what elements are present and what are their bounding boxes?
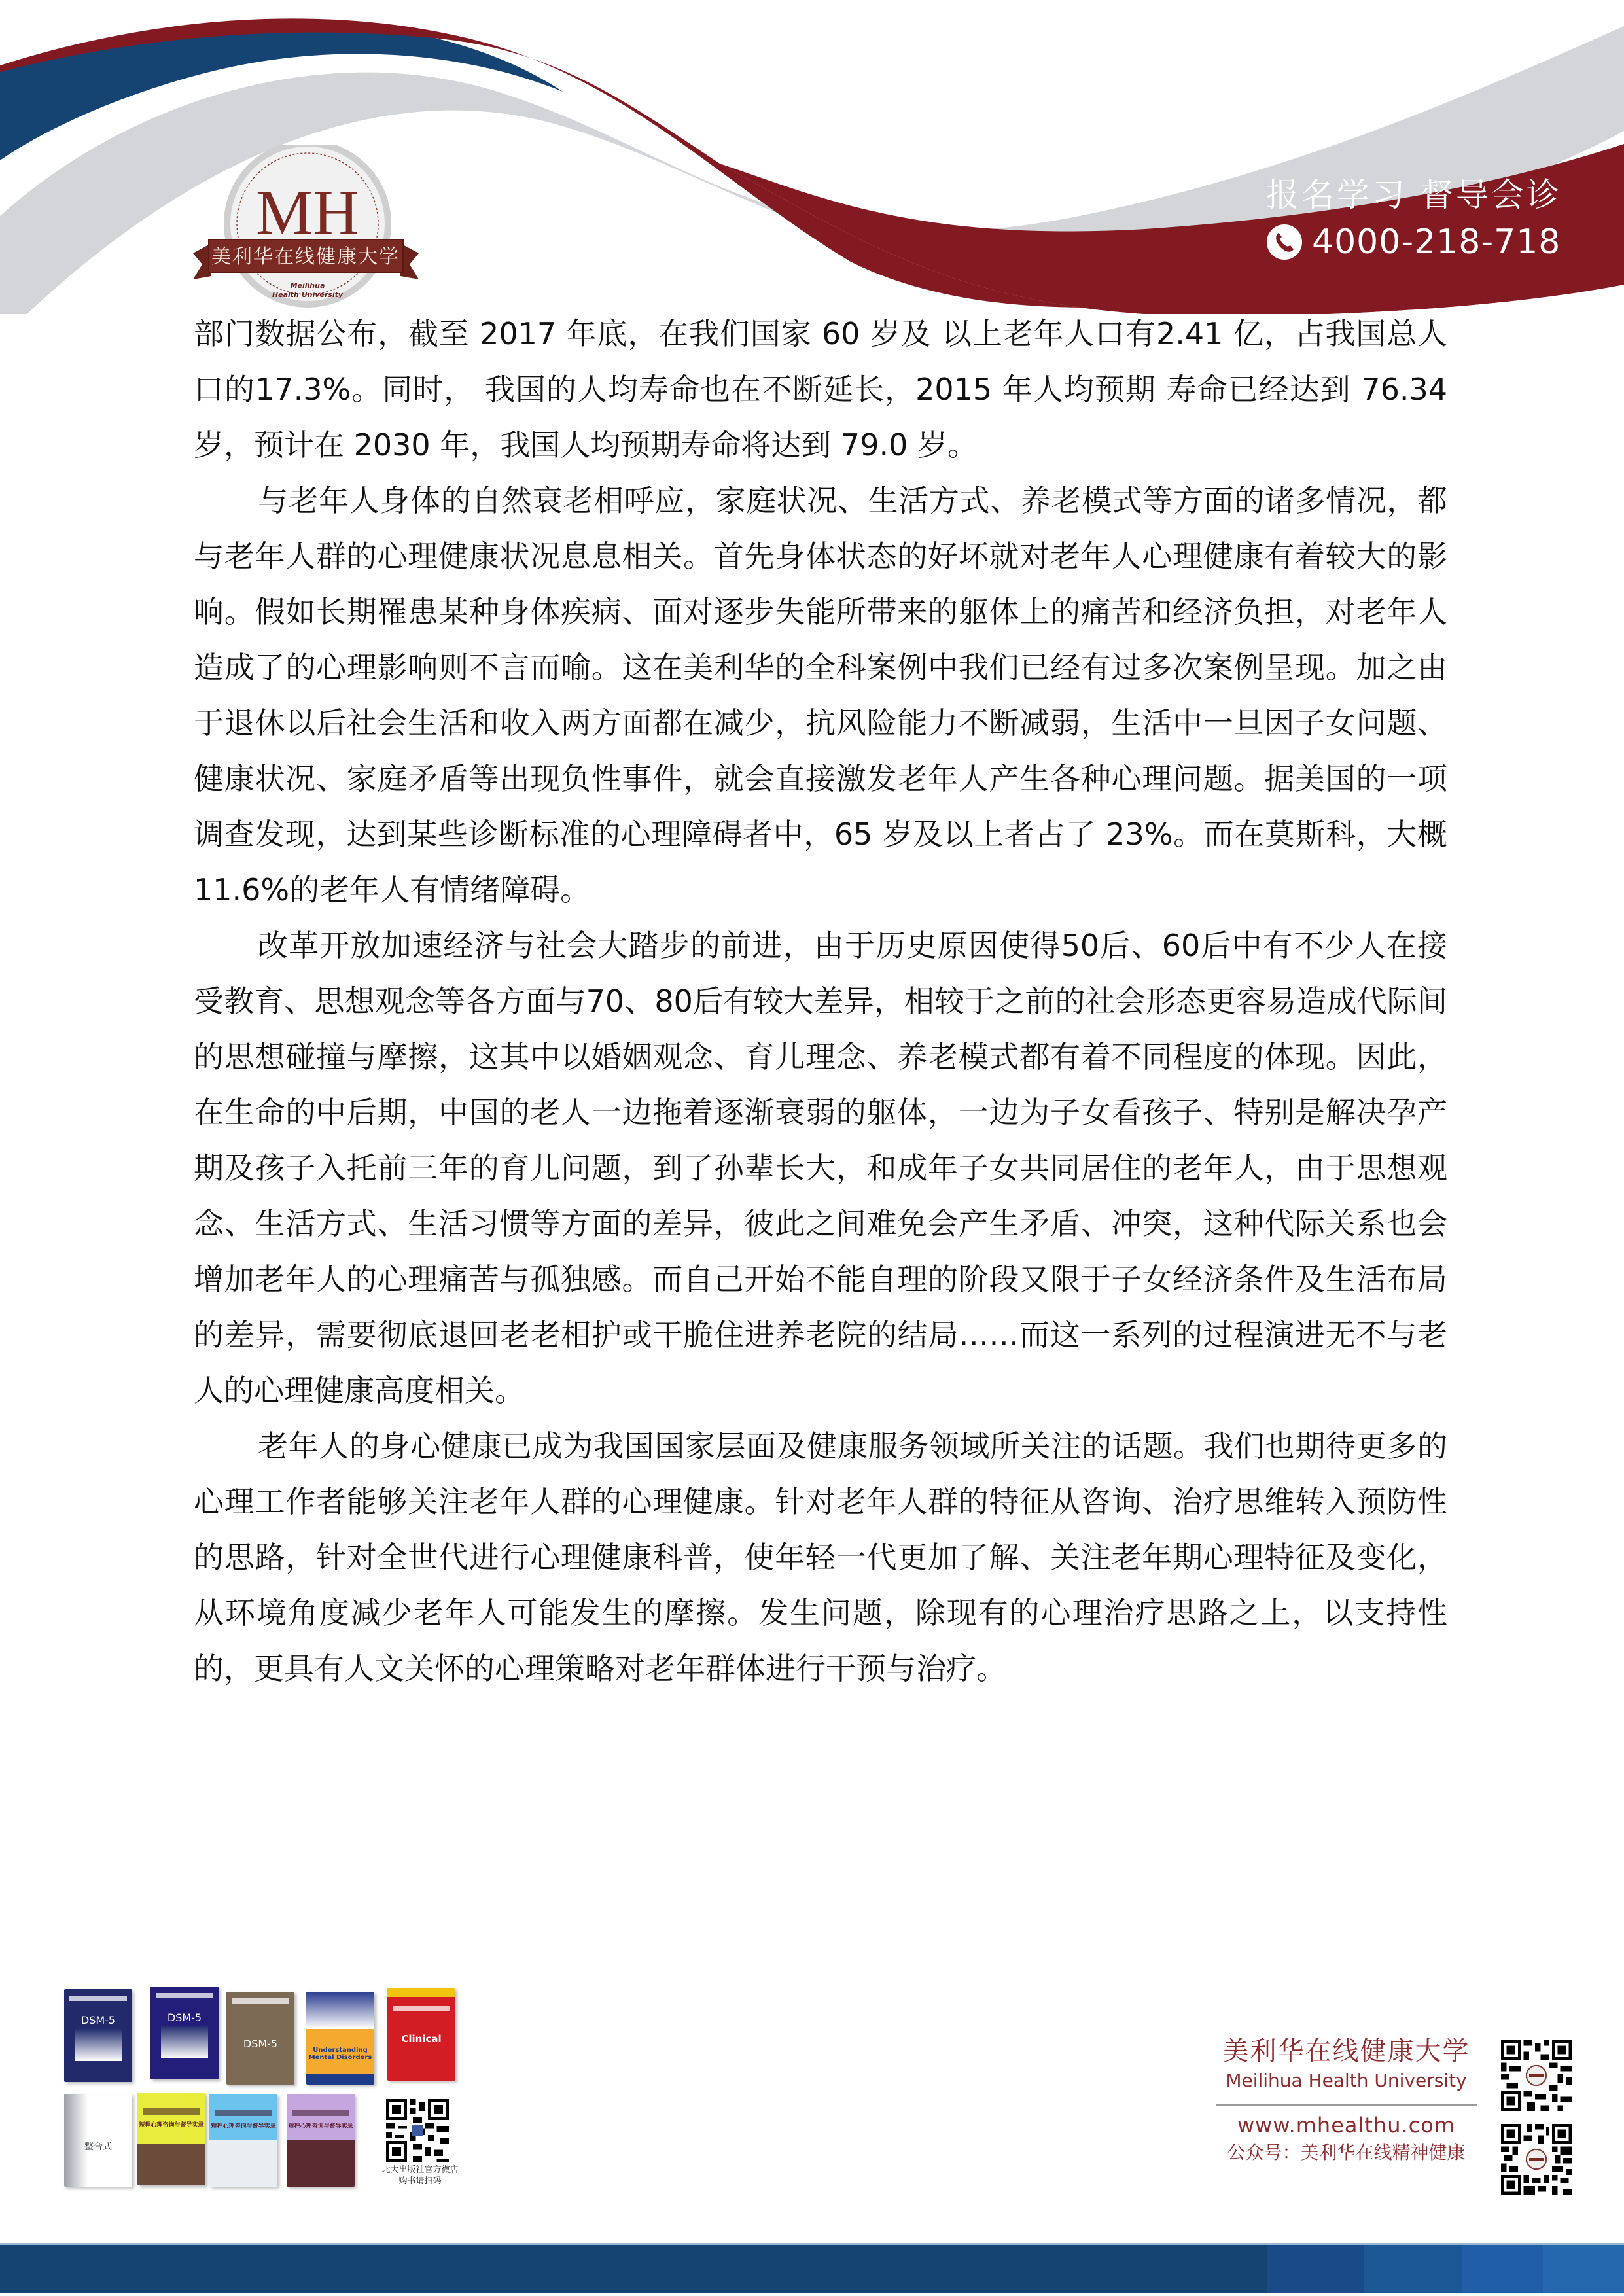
wechat-qr-code[interactable] xyxy=(1500,2124,1572,2195)
logo-monogram: MH xyxy=(256,177,359,248)
mh-logo: MH 美利华在线健康大学 Meilihua Health University xyxy=(193,145,419,309)
svg-text:Meilihua: Meilihua xyxy=(291,281,325,290)
book-cover[interactable]: DSM-5 xyxy=(226,1992,294,2085)
book-cover[interactable]: 短程心理咨询与督导实录 xyxy=(209,2094,277,2187)
book-cover[interactable]: 短程心理咨询与督导实录 xyxy=(137,2093,205,2185)
svg-text:Health University: Health University xyxy=(272,291,344,299)
phone-icon xyxy=(1266,224,1303,260)
bookstore-qr-code[interactable] xyxy=(386,2099,449,2162)
book-cover[interactable]: Understanding Mental Disorders xyxy=(306,1992,374,2085)
website-link[interactable]: www.mhealthu.com xyxy=(1210,2112,1482,2138)
book-cover[interactable]: 短程心理咨询与督导实录 xyxy=(287,2094,355,2187)
bookstore-qr-caption: 北大出版社官方微店 购书请扫码 xyxy=(374,2164,466,2187)
brand-divider xyxy=(1216,2104,1477,2106)
brand-name-cn: 美利华在线健康大学 xyxy=(1210,2036,1482,2066)
slogan-text: 报名学习 督导会诊 xyxy=(1266,175,1567,215)
phone-number: 4000-218-718 xyxy=(1312,224,1561,260)
paragraph: 部门数据公布，截至 2017 年底，在我们国家 60 岁及 以上老年人口有2.4… xyxy=(194,306,1447,473)
paragraph: 与老年人身体的自然衰老相呼应，家庭状况、生活方式、养老模式等方面的诸多情况，都与… xyxy=(194,473,1447,918)
book-cover[interactable]: DSM-5 xyxy=(64,1989,132,2082)
book-cover[interactable]: Clinical xyxy=(387,1988,455,2081)
header-contact: 报名学习 督导会诊 4000-218-718 xyxy=(1266,175,1567,260)
footer-bar xyxy=(0,2243,1624,2293)
brand-info: 美利华在线健康大学 Meilihua Health University www… xyxy=(1210,2036,1482,2166)
paragraph: 改革开放加速经济与社会大踏步的前进，由于历史原因使得50后、60后中有不少人在接… xyxy=(194,918,1447,1419)
logo-banner-text: 美利华在线健康大学 xyxy=(211,245,400,268)
wechat-account: 公众号：美利华在线精神健康 xyxy=(1210,2140,1482,2166)
book-cover[interactable]: 整合式 xyxy=(64,2094,132,2187)
book-cover[interactable]: DSM-5 xyxy=(150,1987,219,2079)
website-qr-code[interactable] xyxy=(1500,2040,1572,2111)
brand-name-en: Meilihua Health University xyxy=(1210,2069,1482,2093)
book-promotions: DSM-5 DSM-5 DSM-5 Understanding Mental D… xyxy=(60,1983,466,2192)
paragraph: 老年人的身心健康已成为我国国家层面及健康服务领域所关注的话题。我们也期待更多的心… xyxy=(194,1419,1447,1697)
article-body: 部门数据公布，截至 2017 年底，在我们国家 60 岁及 以上老年人口有2.4… xyxy=(194,306,1447,1697)
phone-row[interactable]: 4000-218-718 xyxy=(1266,224,1567,260)
